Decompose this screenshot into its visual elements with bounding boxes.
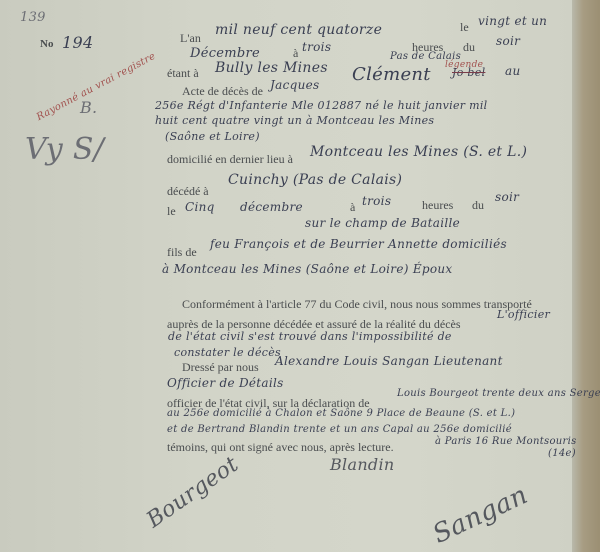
place: Bully les Mines — [215, 60, 328, 76]
officer-role: Officier de Détails — [167, 376, 284, 390]
parents-line2: à Montceau les Mines (Saône et Loire) Ép… — [162, 262, 452, 276]
le-label: le — [460, 20, 469, 35]
deceased-tail: au — [505, 64, 520, 78]
parents-line1: feu François et de Beurrier Annette domi… — [210, 237, 507, 251]
regiment-line: 256e Régt d'Infanterie Mle 012887 né le … — [155, 99, 488, 112]
birth-line: huit cent quatre vingt un à Montceau les… — [155, 114, 434, 127]
margin-initials: B. — [80, 98, 97, 117]
year: mil neuf cent quatorze — [215, 22, 382, 38]
heures2-label: heures — [422, 198, 453, 213]
domicile-label: domicilié en dernier lieu à — [167, 152, 293, 167]
hour: trois — [302, 40, 331, 54]
death-period: soir — [495, 190, 519, 204]
temoins-text: témoins, qui ont signé avec nous, après … — [167, 440, 394, 455]
a2-label: à — [350, 200, 355, 215]
du-label: du — [463, 40, 475, 55]
dresse-label: Dressé par nous — [182, 360, 259, 375]
death-hour: trois — [362, 194, 391, 208]
deceased-given-name: Jacques — [270, 78, 319, 92]
witness1: Louis Bourgeot trente deux ans Sergent — [397, 388, 600, 399]
entry-number: 194 — [62, 33, 93, 52]
conformement-note: L'officier — [497, 308, 550, 321]
book-binding-edge — [572, 0, 600, 552]
etant-label: étant à — [167, 66, 199, 81]
month: Décembre — [190, 46, 260, 61]
page-number: 139 — [20, 10, 46, 25]
death-circumstance: sur le champ de Bataille — [305, 216, 460, 230]
signature-blandin: Blandin — [330, 455, 394, 474]
death-day: Cinq — [185, 200, 215, 214]
decede-label: décédé à — [167, 184, 209, 199]
lan-label: L'an — [180, 31, 201, 46]
officer-name: Alexandre Louis Sangan Lieutenant — [275, 354, 503, 368]
margin-pencil-marks: Vy S/ — [25, 132, 104, 167]
domicile: Montceau les Mines (S. et L.) — [310, 144, 527, 160]
aupres-note2: constater le décès — [174, 346, 281, 359]
fils-label: fils de — [167, 245, 197, 260]
date-day: vingt et un — [478, 14, 547, 28]
a-label: à — [293, 46, 298, 61]
du2-label: du — [472, 198, 484, 213]
le2-label: le — [167, 204, 176, 219]
witness2-arrondissement: (14e) — [548, 448, 576, 459]
death-month: décembre — [240, 200, 303, 214]
witness1-line2: au 256e domicilié à Chalon et Saône 9 Pl… — [167, 408, 515, 419]
acte-label: Acte de décès de — [182, 84, 263, 99]
struck-word: Jo bel — [452, 66, 485, 79]
death-place: Cuinchy (Pas de Calais) — [228, 172, 402, 188]
witness2: et de Bertrand Blandin trente et un ans … — [167, 424, 512, 435]
dept-line: (Saône et Loire) — [165, 130, 260, 143]
witness2-line2: à Paris 16 Rue Montsouris — [435, 436, 577, 447]
entry-number-label: No — [40, 38, 53, 50]
aupres-note1: de l'état civil s'est trouvé dans l'impo… — [168, 330, 452, 343]
conformement-text: Conformément à l'article 77 du Code civi… — [182, 297, 532, 312]
period: soir — [496, 34, 520, 48]
deceased-surname: Clément — [352, 64, 431, 85]
